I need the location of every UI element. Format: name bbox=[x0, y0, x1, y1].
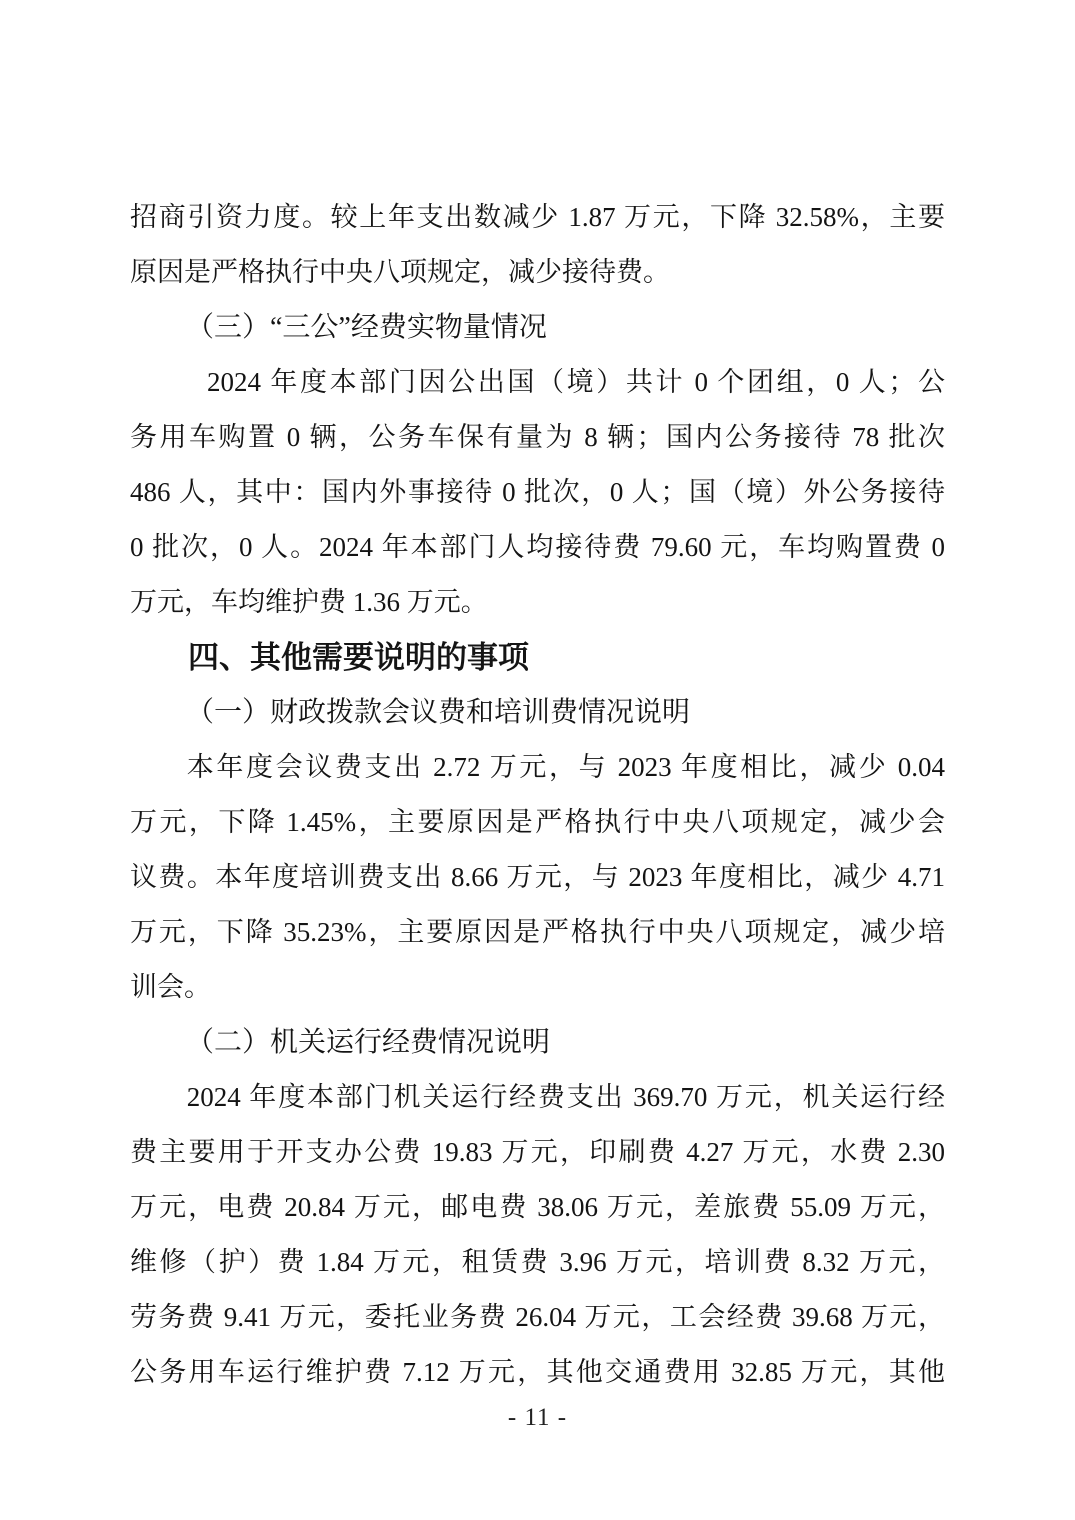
subsection-heading: （二）机关运行经费情况说明 bbox=[130, 1015, 945, 1070]
body-text-line: 维修（护）费 1.84 万元，租赁费 3.96 万元，培训费 8.32 万元， bbox=[130, 1235, 945, 1290]
body-text-line: 劳务费 9.41 万元，委托业务费 26.04 万元，工会经费 39.68 万元… bbox=[130, 1290, 945, 1345]
subsection-heading: （一）财政拨款会议费和培训费情况说明 bbox=[130, 685, 945, 740]
document-body: 招商引资力度。较上年支出数减少 1.87 万元，下降 32.58%，主要原因是严… bbox=[130, 190, 945, 1400]
page-number: - 11 - bbox=[0, 1398, 1075, 1438]
body-text-line: 2024 年度本部门机关运行经费支出 369.70 万元，机关运行经 bbox=[130, 1070, 945, 1125]
body-text-line: 公务用车运行维护费 7.12 万元，其他交通费用 32.85 万元，其他 bbox=[130, 1345, 945, 1400]
subsection-heading: （三）“三公”经费实物量情况 bbox=[130, 300, 945, 355]
body-text-line: 务用车购置 0 辆，公务车保有量为 8 辆；国内公务接待 78 批次 bbox=[130, 410, 945, 465]
body-text-line: 2024 年度本部门因公出国（境）共计 0 个团组，0 人；公 bbox=[130, 355, 945, 410]
body-text-line: 万元，车均维护费 1.36 万元。 bbox=[130, 575, 945, 630]
body-text-line: 本年度会议费支出 2.72 万元，与 2023 年度相比，减少 0.04 bbox=[130, 740, 945, 795]
document-page: 招商引资力度。较上年支出数减少 1.87 万元，下降 32.58%，主要原因是严… bbox=[0, 0, 1075, 1520]
body-text-line: 0 批次，0 人。2024 年本部门人均接待费 79.60 元，车均购置费 0 bbox=[130, 520, 945, 575]
body-text-line: 万元，下降 1.45%，主要原因是严格执行中央八项规定，减少会 bbox=[130, 795, 945, 850]
body-text-line: 议费。本年度培训费支出 8.66 万元，与 2023 年度相比，减少 4.71 bbox=[130, 850, 945, 905]
body-text-line: 原因是严格执行中央八项规定，减少接待费。 bbox=[130, 245, 945, 300]
body-text-line: 费主要用于开支办公费 19.83 万元，印刷费 4.27 万元，水费 2.30 bbox=[130, 1125, 945, 1180]
body-text-line: 万元，电费 20.84 万元，邮电费 38.06 万元，差旅费 55.09 万元… bbox=[130, 1180, 945, 1235]
body-text-line: 万元，下降 35.23%，主要原因是严格执行中央八项规定，减少培 bbox=[130, 905, 945, 960]
body-text-line: 招商引资力度。较上年支出数减少 1.87 万元，下降 32.58%，主要 bbox=[130, 190, 945, 245]
body-text-line: 训会。 bbox=[130, 960, 945, 1015]
body-text-line: 486 人，其中：国内外事接待 0 批次，0 人；国（境）外公务接待 bbox=[130, 465, 945, 520]
section-heading: 四、其他需要说明的事项 bbox=[130, 630, 945, 685]
